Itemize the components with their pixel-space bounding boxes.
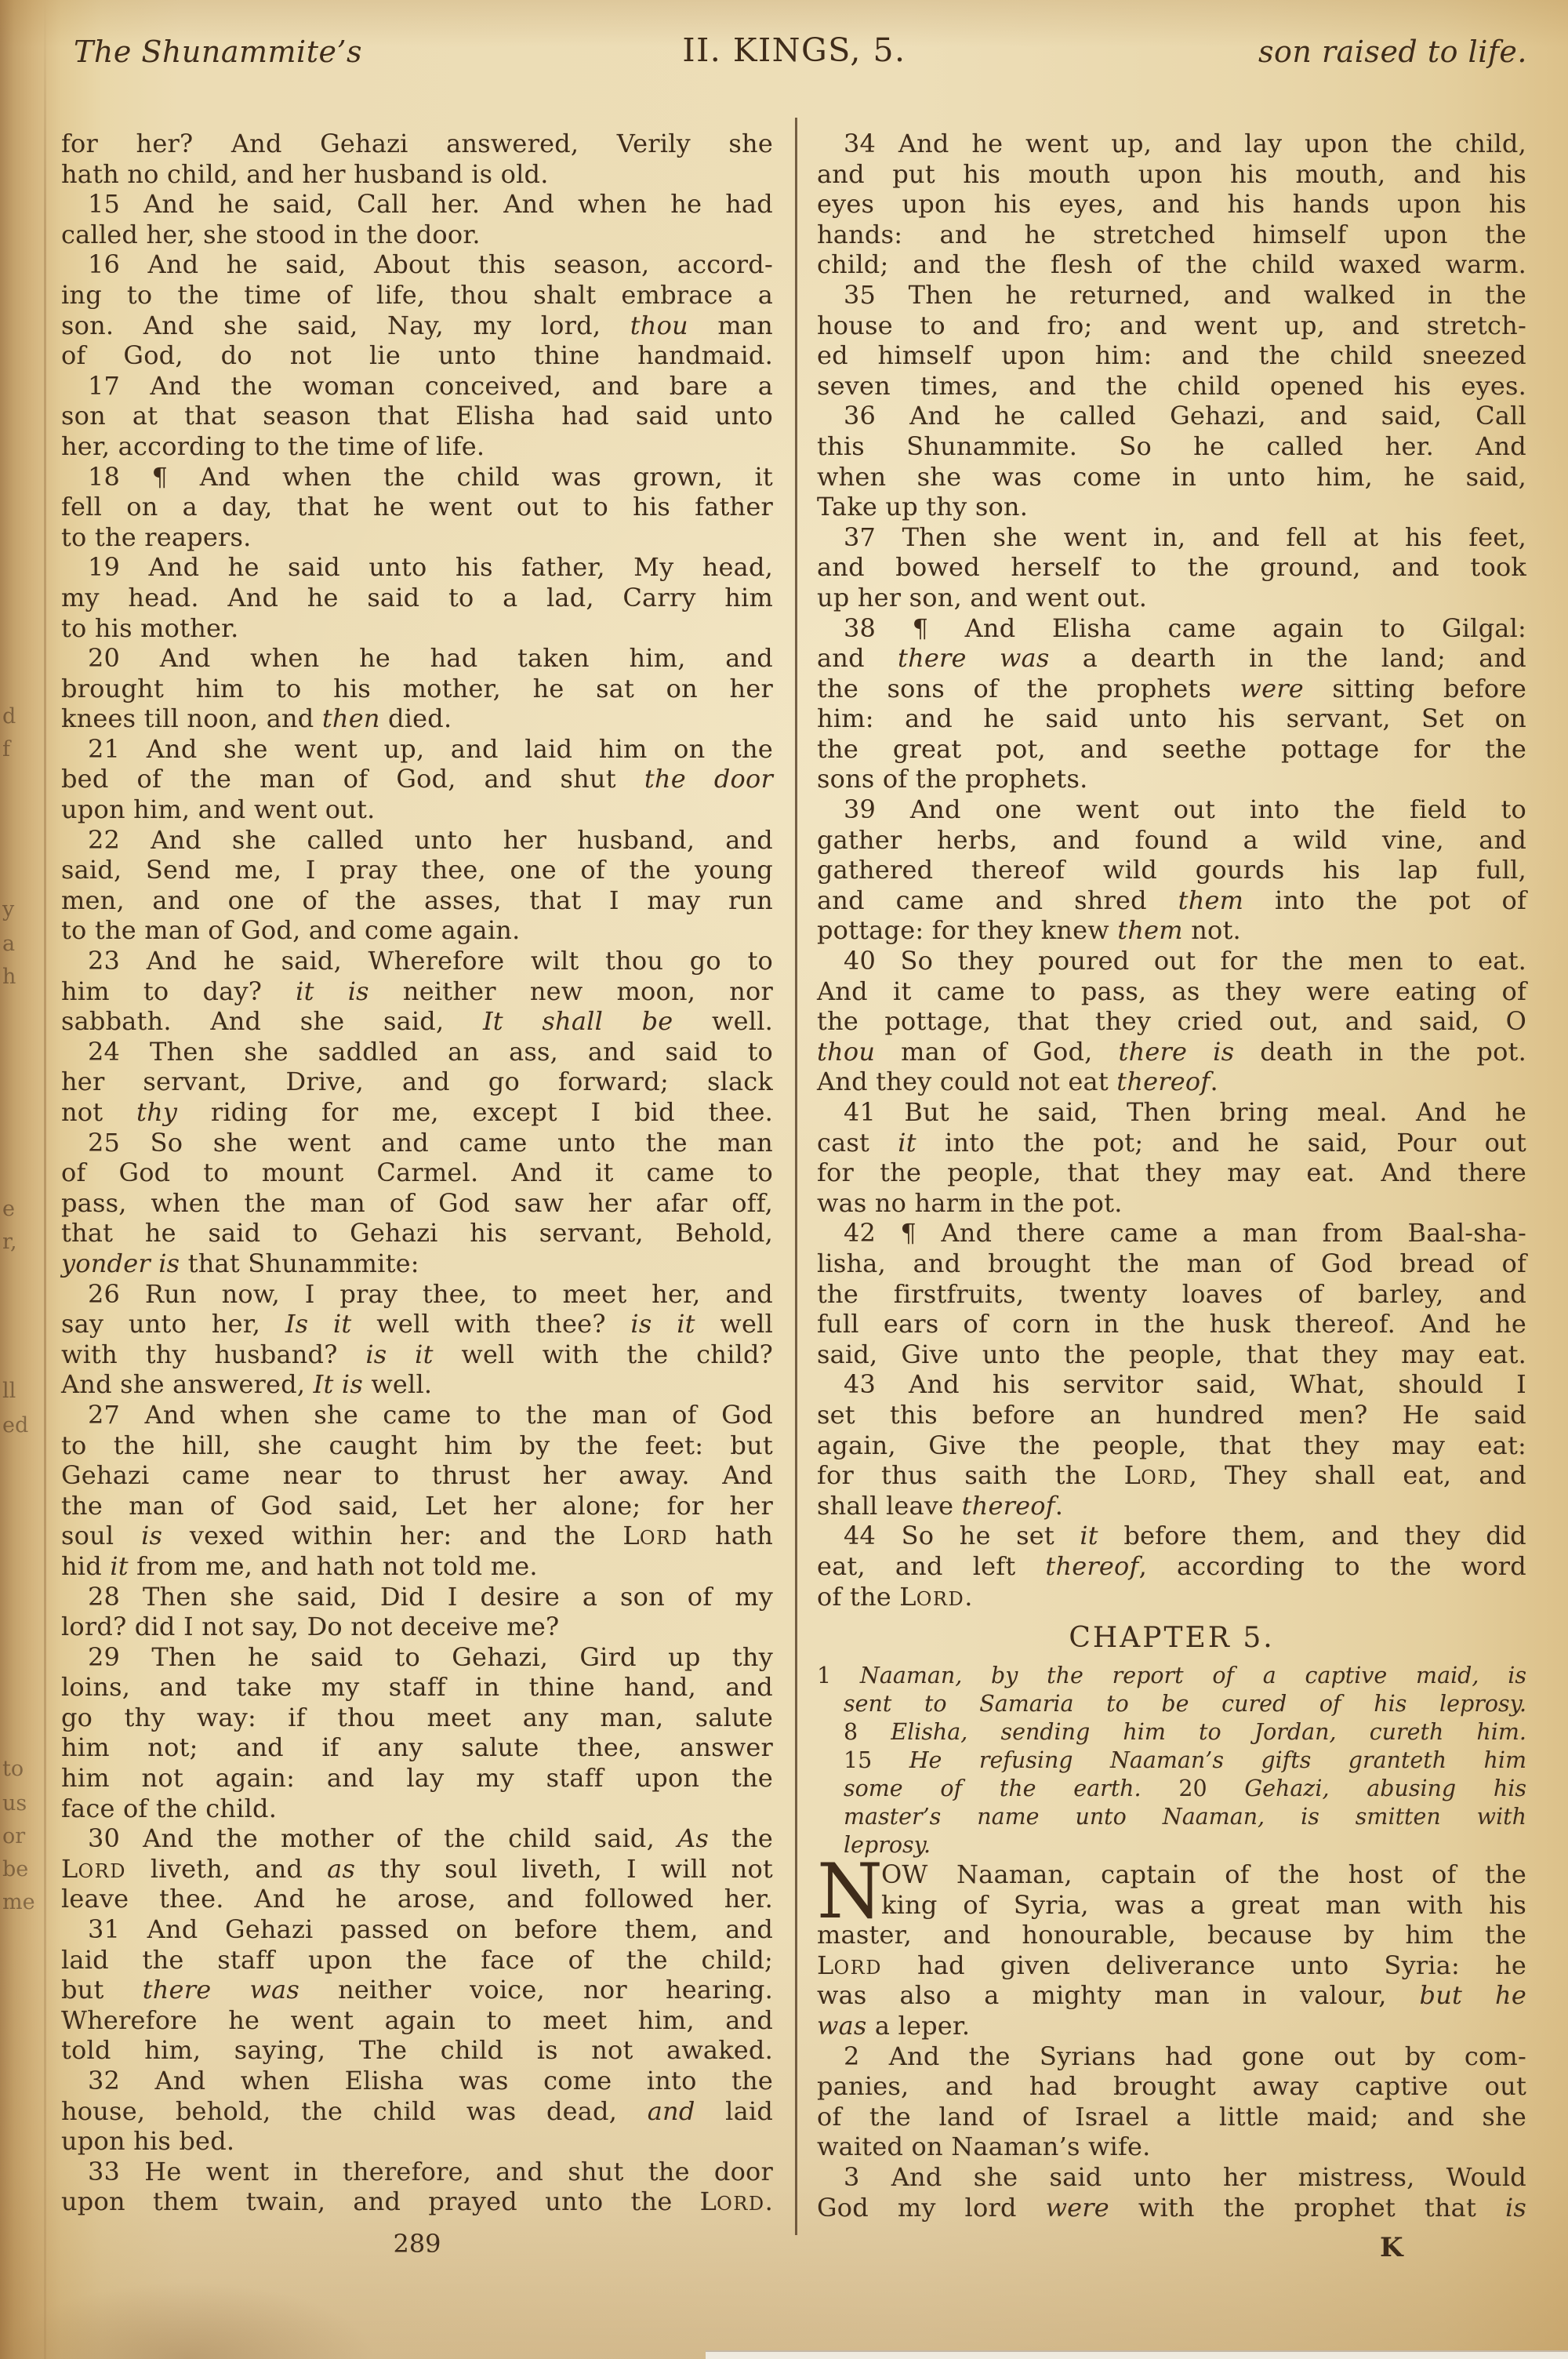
- text-line: soul is vexed within her: and the LORD h…: [61, 1521, 773, 1551]
- text-segment: thou: [630, 311, 688, 340]
- text-line: master’s name unto Naaman, is smitten wi…: [817, 1803, 1526, 1831]
- text-segment: 2 And the Syrians had gone out by com-: [844, 2041, 1526, 2071]
- text-segment: from me, and hath not told me.: [129, 1551, 538, 1581]
- text-segment: Elisha, sending him to Jordan, cureth hi…: [891, 1719, 1526, 1745]
- text-segment: of God to mount Carmel. And it came to: [61, 1158, 773, 1187]
- scanner-edge: [706, 2350, 1568, 2359]
- text-line: 15 He refusing Naaman’s gifts granteth h…: [817, 1747, 1526, 1775]
- text-segment: 27 And when she came to the man of God: [88, 1400, 773, 1430]
- text-segment: 20 And when he had taken him, and: [88, 643, 773, 673]
- text-segment: 21 And she went up, and laid him on the: [88, 734, 773, 764]
- text-segment: was: [817, 2011, 867, 2041]
- text-segment: of the land of Israel a little maid; and…: [817, 2102, 1526, 2132]
- text-line: bed of the man of God, and shut the door: [61, 764, 773, 794]
- text-segment: hands: and he stretched himself upon the: [817, 220, 1526, 249]
- text-line: 42 ¶ And there came a man from Baal-sha-: [817, 1218, 1526, 1249]
- text-segment: ing to the time of life, thou shalt embr…: [61, 280, 773, 310]
- text-segment: , They shall eat, and: [1189, 1460, 1526, 1490]
- text-segment: it: [898, 1128, 916, 1158]
- text-segment: Gehazi, abusing his: [1244, 1776, 1526, 1801]
- chapter-body: NOW Naaman, captain of the host of theki…: [817, 1859, 1526, 2223]
- text-segment: L: [817, 1950, 833, 1980]
- text-segment: laid the staff upon the face of the chil…: [61, 1945, 773, 1975]
- text-segment: and: [817, 643, 898, 673]
- text-segment: liveth, and: [126, 1854, 327, 1884]
- text-line: with thy husband? is it well with the ch…: [61, 1339, 773, 1370]
- text-line: men, and one of the asses, that I may ru…: [61, 885, 773, 916]
- text-segment: is it: [630, 1309, 695, 1339]
- text-line: child; and the flesh of the child waxed …: [817, 249, 1526, 280]
- text-segment: upon them twain, and prayed unto the L: [61, 2186, 717, 2216]
- text-segment: hath: [688, 1521, 773, 1550]
- page-edge-text-fragment: d: [2, 706, 16, 727]
- text-segment: 36 And he called Gehazi, and said, Call: [844, 401, 1526, 431]
- text-segment: them: [1117, 915, 1183, 945]
- text-segment: 19 And he said unto his father, My head,: [88, 552, 773, 582]
- text-segment: ORD: [1141, 1467, 1189, 1488]
- text-line: the sons of the prophets were sitting be…: [817, 674, 1526, 704]
- text-segment: And she answered,: [61, 1369, 314, 1399]
- text-segment: was also a mighty man in valour,: [817, 1980, 1420, 2010]
- text-segment: 38 ¶ And Elisha came again to Gilgal:: [844, 613, 1526, 643]
- text-segment: Wherefore he went again to meet him, and: [61, 2005, 773, 2035]
- text-line: 25 So she went and came unto the man: [61, 1128, 773, 1158]
- text-line: was a leper.: [817, 2011, 1526, 2041]
- text-line: 40 So they poured out for the men to eat…: [817, 946, 1526, 976]
- text-line: of the land of Israel a little maid; and…: [817, 2102, 1526, 2132]
- text-segment: soul: [61, 1521, 141, 1550]
- text-segment: is it: [365, 1339, 433, 1369]
- text-segment: 8: [844, 1719, 891, 1745]
- text-line: to the hill, she caught him by the feet:…: [61, 1430, 773, 1461]
- text-line: knees till noon, and then died.: [61, 703, 773, 734]
- text-line: full ears of corn in the husk thereof. A…: [817, 1309, 1526, 1339]
- text-segment: pottage: for they knew: [817, 915, 1117, 945]
- text-line: 44 So he set it before them, and they di…: [817, 1521, 1526, 1551]
- text-segment: gather herbs, and found a wild vine, and: [817, 825, 1526, 855]
- text-line: 19 And he said unto his father, My head,: [61, 552, 773, 583]
- text-segment: that he said to Gehazi his servant, Beho…: [61, 1218, 773, 1248]
- text-segment: riding for me, except I bid thee.: [177, 1097, 773, 1127]
- text-line: lisha, and brought the man of God bread …: [817, 1249, 1526, 1279]
- text-line: gathered thereof wild gourds his lap ful…: [817, 855, 1526, 885]
- text-line: NOW Naaman, captain of the host of the: [817, 1859, 1526, 1890]
- text-line: and put his mouth upon his mouth, and hi…: [817, 159, 1526, 190]
- text-line: Gehazi came near to thrust her away. And: [61, 1460, 773, 1491]
- text-segment: to the man of God, and come again.: [61, 915, 520, 945]
- text-segment: Take up thy son.: [817, 492, 1028, 522]
- text-segment: and bowed herself to the ground, and too…: [817, 552, 1526, 582]
- text-line: fell on a day, that he went out to his f…: [61, 492, 773, 522]
- text-line: for thus saith the LORD, They shall eat,…: [817, 1460, 1526, 1491]
- text-segment: eat, and left: [817, 1551, 1045, 1581]
- text-segment: 32 And when Elisha was come into the: [88, 2066, 773, 2095]
- text-segment: her servant, Drive, and go forward; slac…: [61, 1067, 773, 1096]
- text-line: 1 Naaman, by the report of a captive mai…: [817, 1662, 1526, 1690]
- text-segment: 26 Run now, I pray thee, to meet her, an…: [88, 1279, 773, 1309]
- page-edge-text-fragment: a: [2, 933, 15, 954]
- text-segment: go thy way: if thou meet any man, salute: [61, 1703, 773, 1732]
- text-line: 18 ¶ And when the child was grown, it: [61, 462, 773, 493]
- text-segment: leave thee. And he arose, and followed h…: [61, 1884, 773, 1914]
- text-line: to the man of God, and come again.: [61, 915, 773, 946]
- text-segment: 16 And he said, About this season, accor…: [88, 249, 773, 279]
- text-line: 41 But he said, Then bring meal. And he: [817, 1097, 1526, 1128]
- text-line: go thy way: if thou meet any man, salute: [61, 1703, 773, 1733]
- text-line: yonder is that Shunammite:: [61, 1249, 773, 1279]
- text-segment: lord? did I not say, Do not deceive me?: [61, 1612, 559, 1641]
- text-segment: son at that season that Elisha had said …: [61, 401, 773, 431]
- text-segment: yonder is: [61, 1249, 180, 1278]
- text-segment: well: [695, 1309, 773, 1339]
- page-edge-text-fragment: e: [2, 1198, 15, 1219]
- text-segment: bed of the man of God, and shut: [61, 764, 644, 794]
- text-segment: ORD: [640, 1527, 688, 1549]
- text-segment: , according to the word: [1139, 1551, 1526, 1581]
- text-line: 28 Then she said, Did I desire a son of …: [61, 1582, 773, 1612]
- text-line: house, behold, the child was dead, and l…: [61, 2096, 773, 2127]
- text-segment: him not; and if any salute thee, answer: [61, 1732, 773, 1762]
- text-segment: man: [688, 311, 773, 340]
- text-segment: upon him, and went out.: [61, 794, 376, 824]
- chapter-summary: 1 Naaman, by the report of a captive mai…: [817, 1662, 1526, 1859]
- text-segment: a dearth in the land; and: [1049, 643, 1526, 673]
- chapter-heading: CHAPTER 5.: [817, 1621, 1526, 1656]
- text-line: 39 And one went out into the field to: [817, 794, 1526, 825]
- signature-mark: K: [1380, 2232, 1404, 2263]
- text-segment: .: [964, 1582, 972, 1612]
- text-segment: for thus saith the L: [817, 1460, 1141, 1490]
- text-segment: were: [1240, 674, 1304, 703]
- text-segment: panies, and had brought away captive out: [817, 2071, 1526, 2101]
- text-segment: hath no child, and her husband is old.: [61, 159, 549, 189]
- page-edge-text-fragment: me: [2, 1892, 35, 1913]
- text-segment: this Shunammite. So he called her. And: [817, 431, 1526, 461]
- text-segment: said, Send me, I pray thee, one of the y…: [61, 855, 773, 885]
- text-line: say unto her, Is it well with thee? is i…: [61, 1309, 773, 1339]
- page-edge-text-fragment: to: [2, 1758, 24, 1779]
- text-line: 34 And he went up, and lay upon the chil…: [817, 129, 1526, 159]
- text-segment: of the L: [817, 1582, 916, 1612]
- text-line: 33 He went in therefore, and shut the do…: [61, 2157, 773, 2187]
- text-line: son. And she said, Nay, my lord, thou ma…: [61, 311, 773, 341]
- text-line: sent to Samaria to be cured of his lepro…: [817, 1690, 1526, 1718]
- text-segment: the firstfruits, twenty loaves of barley…: [817, 1279, 1526, 1309]
- text-segment: thou: [817, 1037, 875, 1067]
- text-line: him not again: and lay my staff upon the: [61, 1763, 773, 1794]
- text-line: to the reapers.: [61, 522, 773, 553]
- text-segment: master, and honourable, because by him t…: [817, 1920, 1526, 1950]
- text-segment: him not again: and lay my staff upon the: [61, 1763, 773, 1793]
- text-segment: 20: [1178, 1776, 1244, 1801]
- text-segment: cast: [817, 1128, 898, 1158]
- text-segment: to his mother.: [61, 613, 239, 643]
- column-divider-rule: [795, 118, 797, 2235]
- text-line: when she was come in unto him, he said,: [817, 462, 1526, 493]
- text-line: gather herbs, and found a wild vine, and: [817, 825, 1526, 856]
- text-line: him not; and if any salute thee, answer: [61, 1732, 773, 1763]
- text-line: LORD had given deliverance unto Syria: h…: [817, 1950, 1526, 1981]
- text-segment: the: [709, 1823, 773, 1853]
- text-line: said, Give unto the people, that they ma…: [817, 1339, 1526, 1370]
- text-segment: it: [1080, 1521, 1098, 1550]
- page-number: 289: [61, 2229, 773, 2259]
- text-segment: 44 So he set: [844, 1521, 1080, 1550]
- text-segment: Is it: [285, 1309, 352, 1339]
- text-line: 32 And when Elisha was come into the: [61, 2066, 773, 2096]
- text-segment: He refusing Naaman’s gifts granteth him: [909, 1747, 1526, 1773]
- text-line: the firstfruits, twenty loaves of barley…: [817, 1279, 1526, 1310]
- text-segment: were: [1046, 2193, 1109, 2223]
- text-segment: but he: [1420, 1980, 1526, 2010]
- text-segment: some of the earth.: [844, 1776, 1178, 1801]
- text-segment: 28 Then she said, Did I desire a son of …: [88, 1582, 773, 1612]
- text-segment: son. And she said, Nay, my lord,: [61, 311, 630, 340]
- text-segment: her, according to the time of life.: [61, 431, 485, 461]
- text-line: set this before an hundred men? He said: [817, 1400, 1526, 1430]
- text-segment: 1: [817, 1663, 860, 1688]
- text-line: And she answered, It is well.: [61, 1369, 773, 1400]
- text-segment: 25 So she went and came unto the man: [88, 1128, 773, 1158]
- text-segment: ed himself upon him: and the child sneez…: [817, 340, 1526, 370]
- text-segment: them: [1178, 885, 1244, 915]
- text-line: 35 Then he returned, and walked in the: [817, 280, 1526, 311]
- text-line: 27 And when she came to the man of God: [61, 1400, 773, 1430]
- text-segment: house, behold, the child was dead,: [61, 2096, 648, 2126]
- text-line: called her, she stood in the door.: [61, 220, 773, 250]
- text-line: 3 And she said unto her mistress, Would: [817, 2162, 1526, 2193]
- text-line: face of the child.: [61, 1794, 773, 1824]
- text-line: 23 And he said, Wherefore wilt thou go t…: [61, 946, 773, 976]
- text-segment: loins, and take my staff in thine hand, …: [61, 1672, 773, 1702]
- text-line: ing to the time of life, thou shalt embr…: [61, 280, 773, 311]
- text-segment: master’s name unto Naaman, is smitten wi…: [844, 1804, 1526, 1830]
- text-line: 31 And Gehazi passed on before them, and: [61, 1914, 773, 1945]
- text-line: 30 And the mother of the child said, As …: [61, 1823, 773, 1854]
- text-segment: thereof: [1045, 1551, 1138, 1581]
- page-edge-text-fragment: us: [2, 1793, 27, 1814]
- text-segment: to the hill, she caught him by the feet:…: [61, 1430, 773, 1460]
- text-line: the man of God said, Let her alone; for …: [61, 1491, 773, 1521]
- text-segment: 40 So they poured out for the men to eat…: [844, 946, 1526, 976]
- text-segment: waited on Naaman’s wife.: [817, 2132, 1151, 2161]
- text-line: cast it into the pot; and he said, Pour …: [817, 1128, 1526, 1158]
- text-line: leprosy.: [817, 1831, 1526, 1859]
- text-segment: is: [1505, 2193, 1526, 2223]
- text-line: Take up thy son.: [817, 492, 1526, 522]
- text-segment: and came and shred: [817, 885, 1178, 915]
- text-segment: ORD: [916, 1588, 965, 1610]
- text-segment: house to and fro; and went up, and stret…: [817, 311, 1526, 340]
- text-line: but there was neither voice, nor hearing…: [61, 1975, 773, 2005]
- text-segment: 17 And the woman conceived, and bare a: [88, 371, 773, 401]
- text-line: And it came to pass, as they were eating…: [817, 976, 1526, 1007]
- text-segment: It is: [314, 1369, 363, 1399]
- text-line: and came and shred them into the pot of: [817, 885, 1526, 916]
- text-segment: Naaman, by the report of a captive maid,…: [860, 1663, 1526, 1688]
- text-line: for her? And Gehazi answered, Verily she: [61, 129, 773, 159]
- running-header: The Shunammite’s II. KINGS, 5. son raise…: [61, 31, 1527, 74]
- text-line: eat, and left thereof, according to the …: [817, 1551, 1526, 1582]
- text-line: upon his bed.: [61, 2126, 773, 2157]
- text-line: 8 Elisha, sending him to Jordan, cureth …: [817, 1718, 1526, 1747]
- text-line: of God, do not lie unto thine handmaid.: [61, 340, 773, 371]
- page-edge-text-fragment: f: [2, 739, 10, 760]
- text-segment: to the reapers.: [61, 522, 252, 552]
- text-segment: 39 And one went out into the field to: [844, 794, 1526, 824]
- text-segment: for the people, that they may eat. And t…: [817, 1158, 1526, 1187]
- text-segment: thereof: [1116, 1067, 1210, 1096]
- text-line: 22 And she called unto her husband, and: [61, 825, 773, 856]
- text-segment: eyes upon his eyes, and his hands upon h…: [817, 189, 1526, 219]
- text-line: pass, when the man of God saw her afar o…: [61, 1188, 773, 1219]
- text-segment: and put his mouth upon his mouth, and hi…: [817, 159, 1526, 189]
- text-line: 36 And he called Gehazi, and said, Call: [817, 401, 1526, 431]
- text-line: house to and fro; and went up, and stret…: [817, 311, 1526, 341]
- text-line: not thy riding for me, except I bid thee…: [61, 1097, 773, 1128]
- text-segment: As: [677, 1823, 709, 1853]
- text-segment: well.: [673, 1006, 773, 1036]
- text-segment: with thy husband?: [61, 1339, 365, 1369]
- text-line: 20 And when he had taken him, and: [61, 643, 773, 674]
- text-line: hands: and he stretched himself upon the: [817, 220, 1526, 250]
- text-line: and bowed herself to the ground, and too…: [817, 552, 1526, 583]
- text-segment: 37 Then she went in, and fell at his fee…: [844, 522, 1526, 552]
- text-segment: neither voice, nor hearing.: [299, 1975, 773, 2005]
- text-line: laid the staff upon the face of the chil…: [61, 1945, 773, 1976]
- text-segment: God my lord: [817, 2193, 1046, 2223]
- text-segment: for her? And Gehazi answered, Verily she: [61, 129, 773, 158]
- text-line: to his mother.: [61, 613, 773, 644]
- text-line: Wherefore he went again to meet him, and: [61, 2005, 773, 2036]
- text-segment: sent to Samaria to be cured of his lepro…: [844, 1691, 1526, 1717]
- text-line: again, Give the people, that they may ea…: [817, 1430, 1526, 1461]
- text-line: shall leave thereof.: [817, 1491, 1526, 1521]
- text-segment: as: [327, 1854, 355, 1884]
- text-segment: lisha, and brought the man of God bread …: [817, 1249, 1526, 1278]
- text-segment: 34 And he went up, and lay upon the chil…: [844, 129, 1526, 158]
- text-line: said, Send me, I pray thee, one of the y…: [61, 855, 773, 885]
- text-segment: there is: [1119, 1037, 1235, 1067]
- text-segment: laid: [695, 2096, 773, 2126]
- text-segment: 15 And he said, Call her. And when he ha…: [88, 189, 773, 219]
- text-line: leave thee. And he arose, and followed h…: [61, 1884, 773, 1914]
- text-line: him to day? it is neither new moon, nor: [61, 976, 773, 1007]
- page-edge-text-fragment: r,: [2, 1231, 17, 1252]
- text-segment: gathered thereof wild gourds his lap ful…: [817, 855, 1526, 885]
- page-edge-text-fragment: be: [2, 1859, 28, 1880]
- text-segment: 42 ¶ And there came a man from Baal-sha-: [844, 1218, 1526, 1248]
- text-segment: into the pot of: [1243, 885, 1526, 915]
- text-segment: then: [322, 703, 380, 733]
- text-line: panies, and had brought away captive out: [817, 2071, 1526, 2102]
- text-line: 24 Then she saddled an ass, and said to: [61, 1037, 773, 1067]
- text-segment: not.: [1183, 915, 1241, 945]
- text-line: seven times, and the child opened his ey…: [817, 371, 1526, 402]
- text-segment: thereof: [962, 1491, 1055, 1521]
- text-line: of the LORD.: [817, 1582, 1526, 1612]
- text-segment: OW Naaman, captain of the host of the: [881, 1859, 1526, 1889]
- text-segment: .: [1210, 1067, 1218, 1096]
- text-line: pottage: for they knew them not.: [817, 915, 1526, 946]
- text-segment: 30 And the mother of the child said,: [88, 1823, 677, 1853]
- text-line: 2 And the Syrians had gone out by com-: [817, 2041, 1526, 2072]
- text-segment: had given deliverance unto Syria: he: [882, 1950, 1526, 1980]
- text-segment: It shall be: [483, 1006, 673, 1036]
- text-segment: not: [61, 1097, 136, 1127]
- text-segment: well with the child?: [434, 1339, 773, 1369]
- text-segment: hid: [61, 1551, 110, 1581]
- text-segment: well.: [363, 1369, 432, 1399]
- text-line: was also a mighty man in valour, but he: [817, 1980, 1526, 2011]
- text-line: her, according to the time of life.: [61, 431, 773, 462]
- text-segment: set this before an hundred men? He said: [817, 1400, 1526, 1430]
- text-line: her servant, Drive, and go forward; slac…: [61, 1067, 773, 1097]
- text-segment: And it came to pass, as they were eating…: [817, 976, 1526, 1006]
- verses-34-44: 34 And he went up, and lay upon the chil…: [817, 129, 1526, 1612]
- text-line: 15 And he said, Call her. And when he ha…: [61, 189, 773, 220]
- text-line: God my lord were with the prophet that i…: [817, 2193, 1526, 2223]
- text-segment: shall leave: [817, 1491, 962, 1521]
- text-segment: again, Give the people, that they may ea…: [817, 1430, 1526, 1460]
- text-line: told him, saying, The child is not awake…: [61, 2035, 773, 2066]
- text-segment: fell on a day, that he went out to his f…: [61, 492, 773, 522]
- text-segment: 3 And she said unto her mistress, Would: [844, 2162, 1526, 2192]
- text-line: 16 And he said, About this season, accor…: [61, 249, 773, 280]
- text-line: hath no child, and her husband is old.: [61, 159, 773, 190]
- text-segment: 35 Then he returned, and walked in the: [844, 280, 1526, 310]
- text-segment: but: [61, 1975, 143, 2005]
- text-line: LORD liveth, and as thy soul liveth, I w…: [61, 1854, 773, 1885]
- text-line: lord? did I not say, Do not deceive me?: [61, 1612, 773, 1642]
- text-segment: him to day?: [61, 976, 296, 1006]
- text-segment: there was: [898, 643, 1049, 673]
- text-segment: sons of the prophets.: [817, 764, 1087, 794]
- text-segment: knees till noon, and: [61, 703, 322, 733]
- text-segment: of God, do not lie unto thine handmaid.: [61, 340, 773, 370]
- text-line: 21 And she went up, and laid him on the: [61, 734, 773, 765]
- text-line: up her son, and went out.: [817, 583, 1526, 613]
- text-segment: face of the child.: [61, 1794, 277, 1823]
- text-line: the great pot, and seethe pottage for th…: [817, 734, 1526, 765]
- text-segment: .: [1055, 1491, 1063, 1521]
- text-segment: called her, she stood in the door.: [61, 220, 481, 249]
- text-line: some of the earth. 20 Gehazi, abusing hi…: [817, 1775, 1526, 1803]
- text-segment: death in the pot.: [1234, 1037, 1526, 1067]
- text-segment: the door: [644, 764, 773, 794]
- text-line: 17 And the woman conceived, and bare a: [61, 371, 773, 402]
- text-line: king of Syria, was a great man with his: [817, 1890, 1526, 1921]
- text-segment: sabbath. And she said,: [61, 1006, 483, 1036]
- text-line: ed himself upon him: and the child sneez…: [817, 340, 1526, 371]
- text-segment: 22 And she called unto her husband, and: [88, 825, 773, 855]
- text-line: loins, and take my staff in thine hand, …: [61, 1672, 773, 1703]
- right-text-column: 34 And he went up, and lay upon the chil…: [817, 129, 1526, 2223]
- text-line: of God to mount Carmel. And it came to: [61, 1158, 773, 1188]
- text-segment: the sons of the prophets: [817, 674, 1240, 703]
- text-segment: up her son, and went out.: [817, 583, 1147, 612]
- text-segment: thy: [136, 1097, 177, 1127]
- text-segment: ORD: [717, 2193, 765, 2215]
- text-segment: there was: [143, 1975, 299, 2005]
- text-segment: my head. And he said to a lad, Carry him: [61, 583, 773, 612]
- text-segment: told him, saying, The child is not awake…: [61, 2035, 773, 2065]
- text-segment: neither new moon, nor: [369, 976, 773, 1006]
- text-segment: say unto her,: [61, 1309, 285, 1339]
- text-segment: 41 But he said, Then bring meal. And he: [844, 1097, 1526, 1127]
- text-segment: 24 Then she saddled an ass, and said to: [88, 1037, 773, 1067]
- text-segment: men, and one of the asses, that I may ru…: [61, 885, 773, 915]
